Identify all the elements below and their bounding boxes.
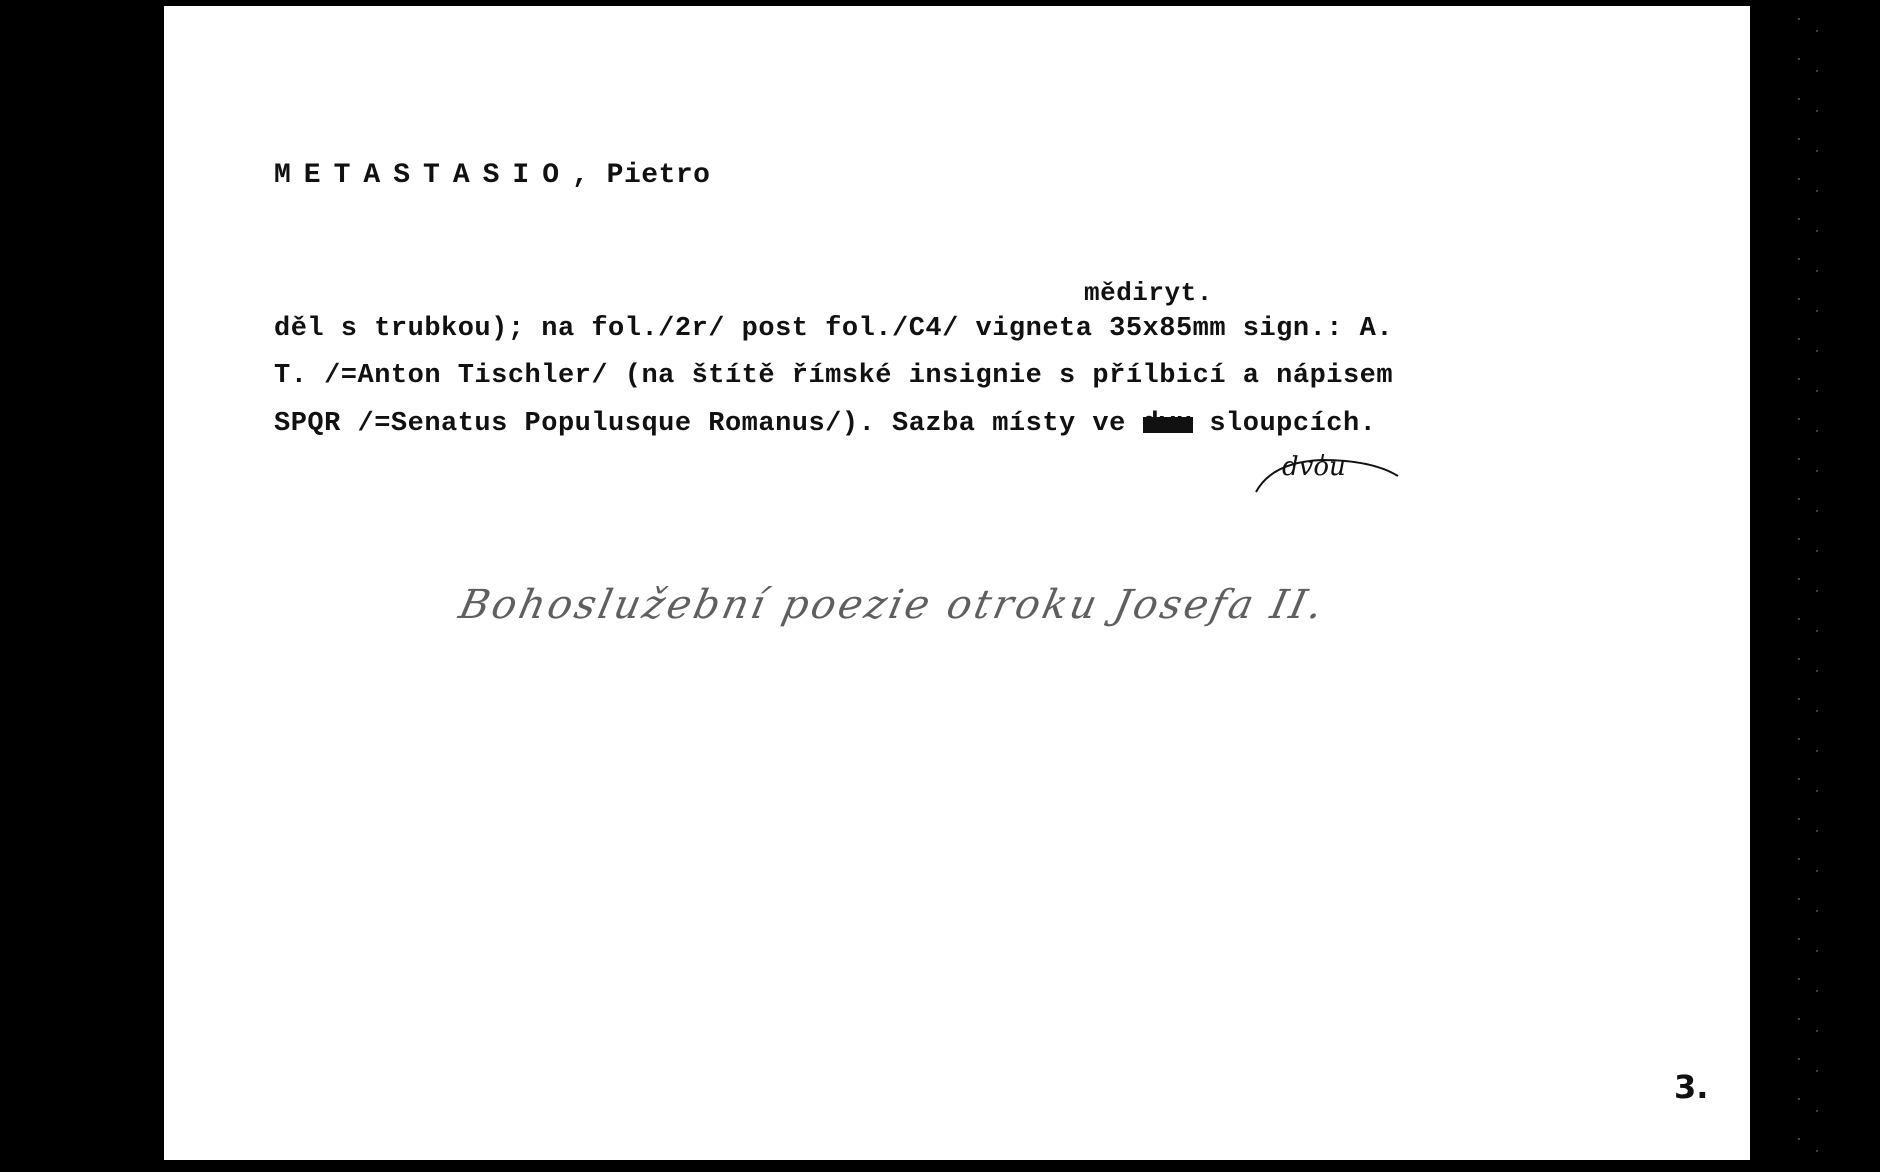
heading-separator: , [572, 160, 589, 191]
card-heading: METASTASIO, Pietro [274, 160, 710, 191]
body-line-1: děl s trubkou); na fol./2r/ post fol./C4… [274, 314, 1393, 344]
catalog-card: METASTASIO, Pietro mědiryt. děl s trubko… [164, 6, 1750, 1160]
handwritten-note: Bohoslužební poezie otroku Josefa II. [455, 582, 1329, 628]
struck-out-word: dvu [1143, 409, 1193, 439]
page-number: 3. [1674, 1068, 1708, 1106]
body-line-text: SPQR /=Senatus Populusque Romanus/). Saz… [274, 409, 1143, 439]
body-line-text: děl s trubkou); na fol./2r/ post fol./C4… [274, 314, 1393, 344]
handwritten-correction: dvou [1282, 452, 1346, 482]
body-line-3: SPQR /=Senatus Populusque Romanus/). Saz… [274, 409, 1376, 439]
film-edge-perforation [1812, 0, 1872, 1172]
body-line-text: T. /=Anton Tischler/ (na štítě římské in… [274, 361, 1393, 391]
author-given-name: Pietro [607, 160, 711, 191]
body-line-2: T. /=Anton Tischler/ (na štítě římské in… [274, 361, 1393, 391]
body-line-text-end: sloupcích. [1193, 409, 1377, 439]
interlinear-insertion: mědiryt. [1084, 278, 1213, 308]
author-surname: METASTASIO [274, 160, 572, 191]
